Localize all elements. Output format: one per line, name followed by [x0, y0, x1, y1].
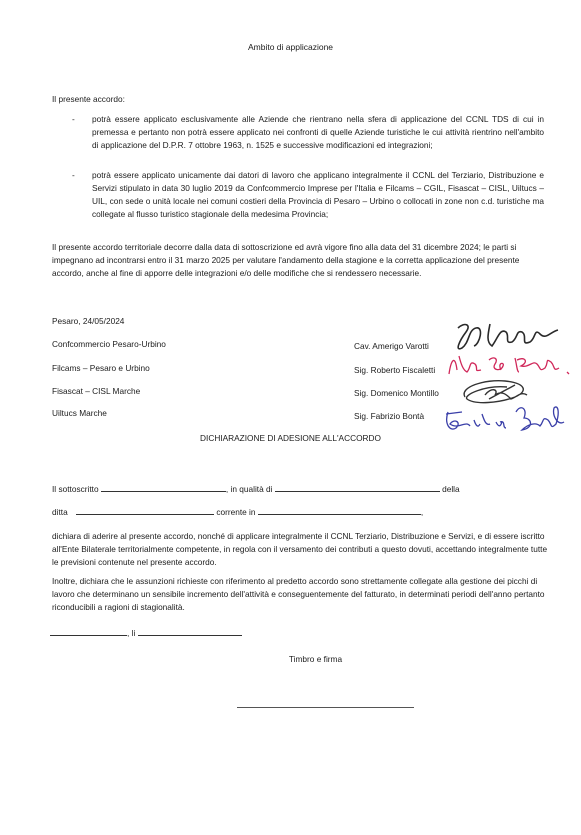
of-company-label: della — [442, 484, 460, 494]
place-date-line: , li — [50, 626, 242, 640]
signatory-name: Sig. Roberto Fiscaletti — [354, 364, 435, 377]
bullet-text: potrà essere applicato unicamente dai da… — [92, 169, 544, 221]
intro-text: Il presente accordo: — [52, 93, 125, 106]
company-name-field[interactable] — [76, 505, 214, 515]
declaration-line-2: ditta corrente in , — [52, 505, 423, 519]
signatory-organization: Uiltucs Marche — [52, 407, 107, 420]
declaration-heading: DICHIARAZIONE DI ADESIONE ALL'ACCORDO — [0, 432, 581, 445]
date-separator: , li — [127, 628, 135, 638]
signatory-organization: Filcams – Pesaro e Urbino — [52, 362, 150, 375]
signatory-name: Cav. Amerigo Varotti — [354, 340, 429, 353]
date-field[interactable] — [138, 626, 242, 636]
company-label: ditta — [52, 507, 68, 517]
signature-fiscaletti — [445, 350, 575, 380]
signatory-name: Sig. Domenico Montillo — [354, 387, 439, 400]
declaration-line-1: Il sottoscritto , in qualità di della — [52, 482, 460, 496]
located-in-label: corrente in — [216, 507, 255, 517]
place-field[interactable] — [50, 626, 127, 636]
signatory-name: Sig. Fabrizio Bontà — [354, 410, 424, 423]
section-title: Ambito di applicazione — [0, 41, 581, 54]
place-date: Pesaro, 24/05/2024 — [52, 315, 124, 328]
declaration-paragraph-2: Inoltre, dichiara che le assunzioni rich… — [52, 575, 552, 614]
bullet-marker: - — [72, 113, 92, 126]
bullet-text: potrà essere applicato esclusivamente al… — [92, 113, 544, 152]
bullet-marker: - — [72, 169, 92, 182]
comma: , — [421, 507, 423, 517]
stamp-signature-label: Timbro e firma — [0, 653, 581, 666]
capacity-label: , in qualità di — [226, 484, 273, 494]
validity-paragraph: Il presente accordo territoriale decorre… — [52, 241, 552, 280]
signature-line[interactable] — [237, 707, 414, 708]
signatory-organization: Fisascat – CISL Marche — [52, 385, 140, 398]
location-field[interactable] — [258, 505, 421, 515]
declaration-paragraph-1: dichiara di aderire al presente accordo,… — [52, 530, 552, 569]
undersigned-name-field[interactable] — [101, 482, 226, 492]
signatory-organization: Confcommercio Pesaro-Urbino — [52, 338, 166, 351]
undersigned-label: Il sottoscritto — [52, 484, 99, 494]
capacity-field[interactable] — [275, 482, 440, 492]
